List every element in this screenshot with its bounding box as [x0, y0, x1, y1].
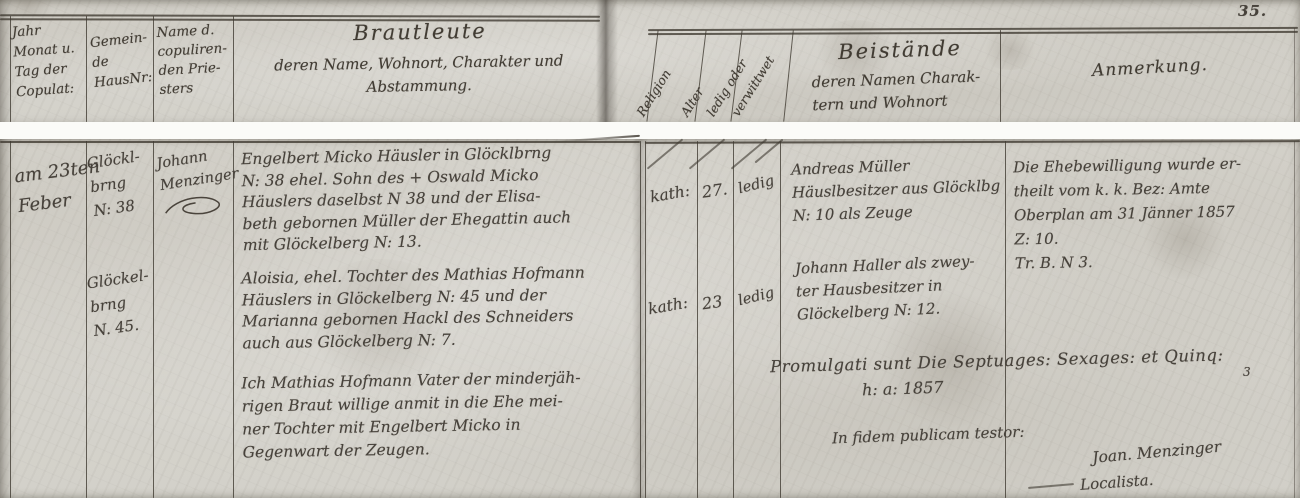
entry-bride-status: ledig [737, 285, 776, 309]
header-witness-subtitle: deren Namen Charak- tern und Wohnort [811, 65, 1002, 118]
rule [648, 31, 1298, 35]
column-line [86, 16, 87, 122]
entry-attestation: In fidem publicam testor: [832, 421, 1082, 448]
header-commune-column: Gemein- de HausNr: [89, 27, 155, 93]
entry-bride-age: 23 [701, 292, 724, 314]
entry-strip: am 23ten Feber Glöckl- brng N: 38 Glöcke… [0, 139, 1300, 498]
header-date-column: Jahr Monat u. Tag der Copulat: [11, 18, 86, 103]
column-line [697, 141, 698, 498]
rule [645, 140, 1300, 143]
page-number: 35. [1238, 2, 1267, 20]
header-couple-subtitle: deren Name, Wohnort, Charakter und Absta… [244, 49, 595, 101]
rule [648, 27, 1298, 31]
entry-promulgation-year: h: a: 1857 [862, 378, 944, 400]
entry-bride-text: Aloisia, ehel. Tochter des Mathias Hofma… [241, 261, 646, 354]
register-scan: Jahr Monat u. Tag der Copulat: Gemein- d… [0, 0, 1300, 498]
entry-remark: Die Ehebewilligung wurde er- theilt vom … [1013, 151, 1293, 276]
column-line [233, 141, 234, 498]
header-priest-column: Name d. copuliren- den Prie- sters [156, 20, 236, 100]
entry-bride-religion: kath: [647, 294, 690, 319]
entry-groom-text: Engelbert Micko Häusler in Glöcklbrng N:… [241, 141, 647, 257]
column-line [780, 141, 781, 498]
entry-consent-text: Ich Mathias Hofmann Vater der minderjäh-… [241, 365, 647, 464]
column-line [1294, 28, 1295, 122]
entry-groom-age: 27. [701, 179, 729, 201]
header-strip: Jahr Monat u. Tag der Copulat: Gemein- d… [0, 0, 1300, 122]
entry-promulgation-mark: 3 [1243, 365, 1251, 379]
column-line [733, 141, 734, 498]
rule [0, 14, 600, 17]
entry-bride-house: Glöckel- brng N. 45. [85, 263, 156, 343]
column-line [783, 30, 794, 122]
header-religion-column: Religion [633, 67, 673, 119]
column-line [10, 141, 11, 498]
entry-groom-house: Glöckl- brng N: 38 [85, 143, 156, 223]
priest-signature-title: Localista. [1080, 466, 1221, 494]
priest-signature: Joan. Menzinger [1092, 433, 1273, 467]
column-line [1294, 141, 1295, 498]
header-couple-title: Brautleute [250, 17, 590, 47]
entry-priest-name: Johann Menzinger [155, 141, 241, 197]
entry-groom-status: ledig [737, 173, 776, 197]
page-gutter [596, 0, 618, 122]
header-age-column: Alter [677, 84, 706, 119]
signature-dash [1028, 483, 1074, 489]
entry-witness1: Andreas Müller Häuslbesitzer aus Glöcklb… [791, 151, 1008, 227]
entry-groom-religion: kath: [649, 182, 692, 207]
entry-witness2: Johann Haller als zwey- ter Hausbesitzer… [795, 248, 1013, 326]
header-remark-column: Anmerkung. [1050, 53, 1251, 83]
